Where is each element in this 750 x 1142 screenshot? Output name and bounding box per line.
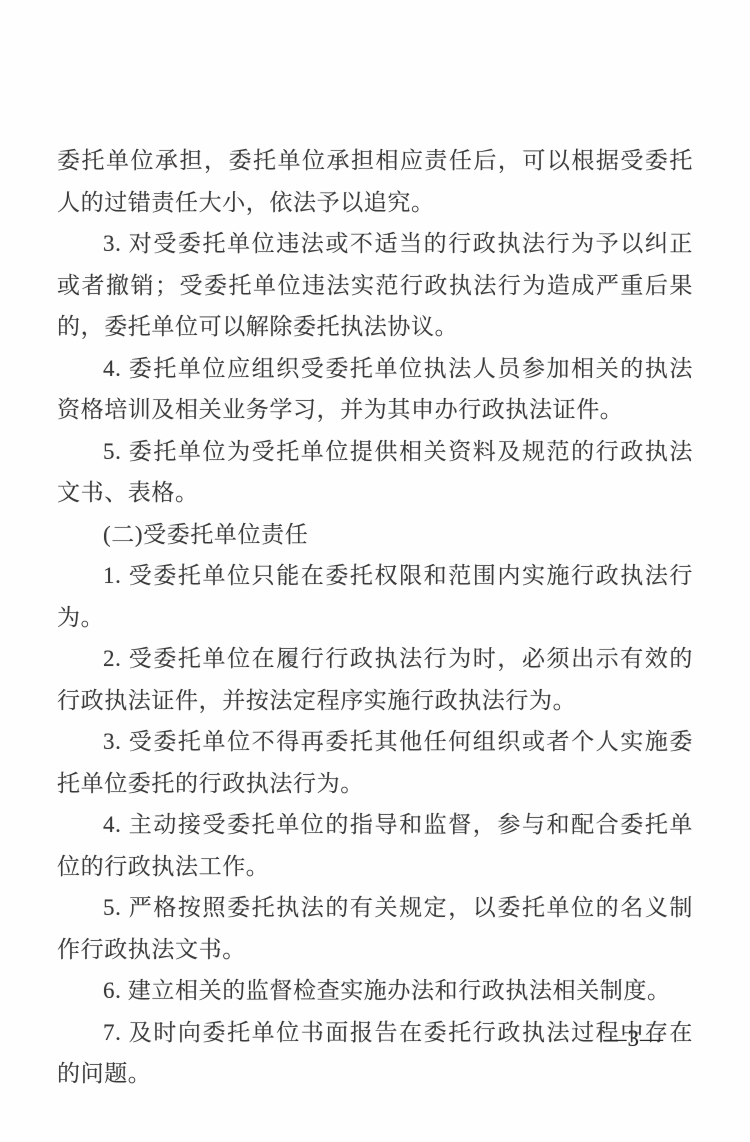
paragraph: 7. 及时向委托单位书面报告在委托行政执法过程中存在的问题。 <box>57 1012 693 1095</box>
paragraph: (二)受委托单位责任 <box>57 514 693 556</box>
paragraph: 3. 对受委托单位违法或不适当的行政执法行为予以纠正或者撤销；受委托单位违法实范… <box>57 223 693 348</box>
page-number: —3— <box>604 1026 665 1052</box>
paragraph: 3. 受委托单位不得再委托其他任何组织或者个人实施委托单位委托的行政执法行为。 <box>57 721 693 804</box>
paragraph: 委托单位承担，委托单位承担相应责任后，可以根据受委托人的过错责任大小，依法予以追… <box>57 140 693 223</box>
paragraph: 1. 受委托单位只能在委托权限和范围内实施行政执法行为。 <box>57 555 693 638</box>
body-text: 委托单位承担，委托单位承担相应责任后，可以根据受委托人的过错责任大小，依法予以追… <box>57 140 693 1095</box>
paragraph: 5. 严格按照委托执法的有关规定，以委托单位的名义制作行政执法文书。 <box>57 887 693 970</box>
paragraph: 4. 主动接受委托单位的指导和监督，参与和配合委托单位的行政执法工作。 <box>57 804 693 887</box>
paragraph: 5. 委托单位为受托单位提供相关资料及规范的行政执法文书、表格。 <box>57 431 693 514</box>
paragraph: 6. 建立相关的监督检查实施办法和行政执法相关制度。 <box>57 970 693 1012</box>
paragraph: 2. 受委托单位在履行行政执法行为时，必须出示有效的行政执法证件，并按法定程序实… <box>57 638 693 721</box>
document-page: 委托单位承担，委托单位承担相应责任后，可以根据受委托人的过错责任大小，依法予以追… <box>0 0 750 1142</box>
paragraph: 4. 委托单位应组织受委托单位执法人员参加相关的执法资格培训及相关业务学习，并为… <box>57 348 693 431</box>
